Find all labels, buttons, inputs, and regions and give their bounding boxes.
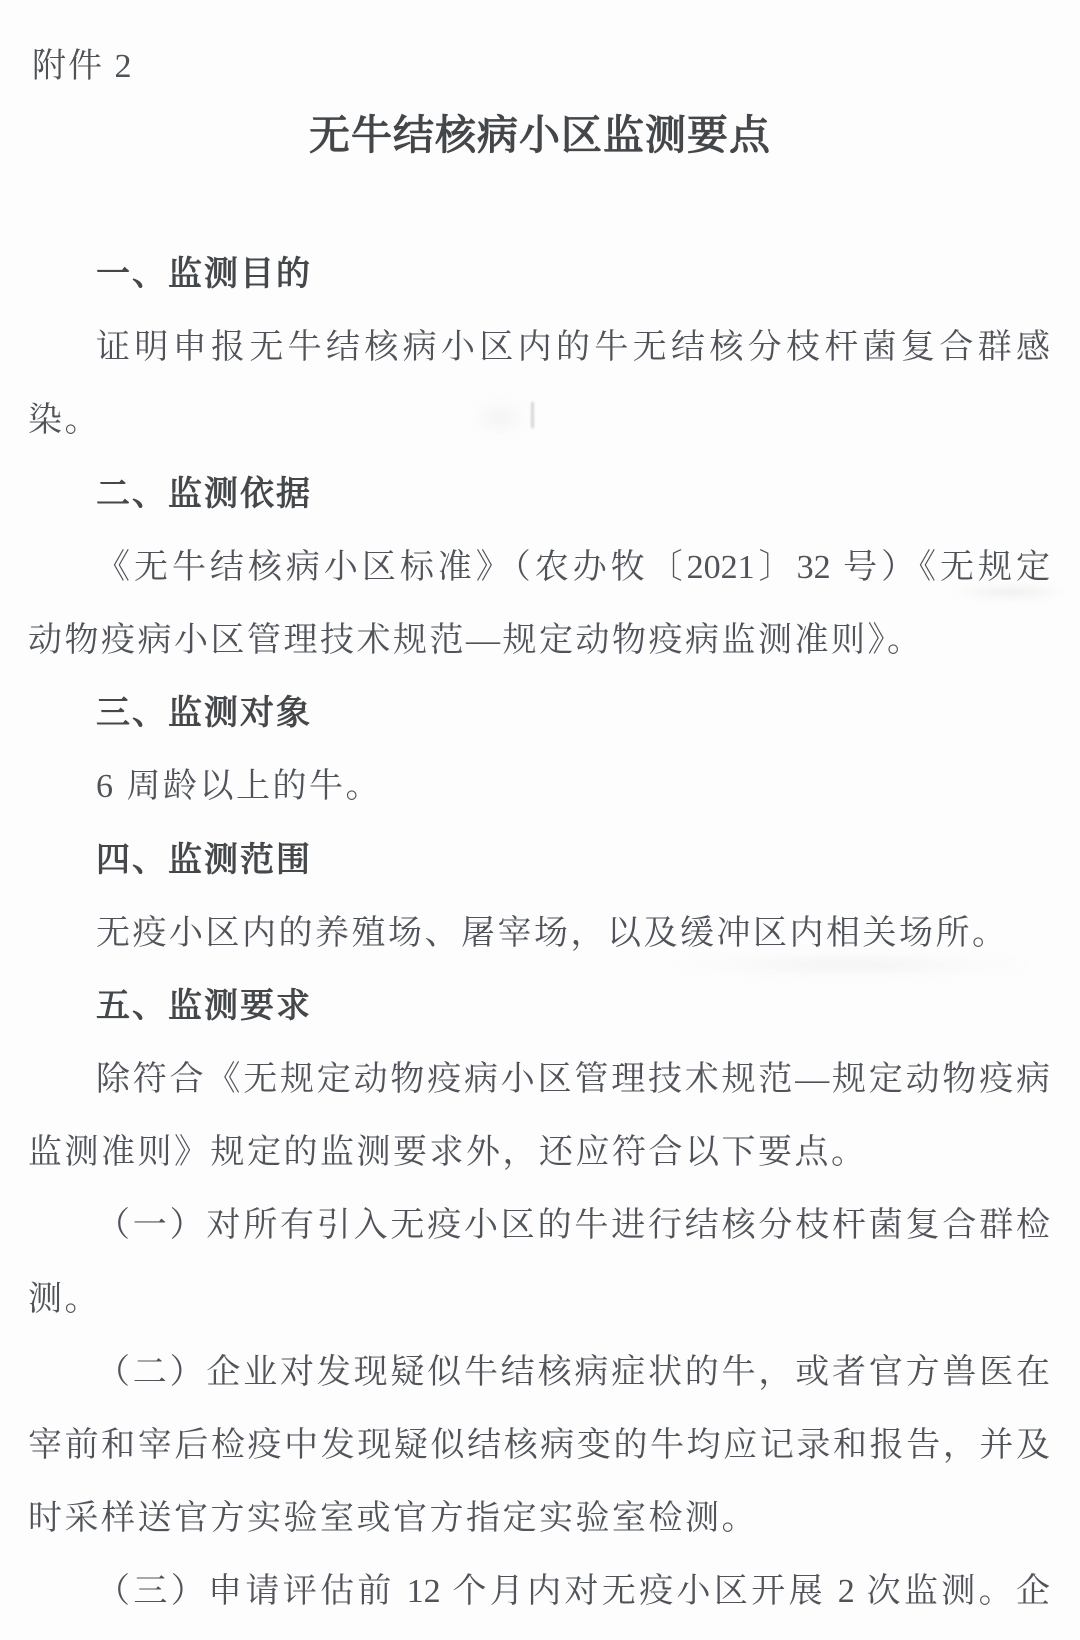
body-line: 测。 (28, 1263, 1050, 1336)
section-heading: 四、监测范围 (28, 824, 1050, 897)
body-line: 无疫小区内的养殖场、屠宰场，以及缓冲区内相关场所。 (28, 897, 1050, 970)
body-line: 动物疫病小区管理技术规范—规定动物疫病监测准则》。 (28, 604, 1050, 677)
body-line: （一）对所有引入无疫小区的牛进行结核分枝杆菌复合群检 (28, 1189, 1050, 1262)
section-heading: 二、监测依据 (28, 458, 1050, 531)
body-line: （三）申请评估前 12 个月内对无疫小区开展 2 次监测。企 (28, 1555, 1050, 1628)
section-heading: 三、监测对象 (28, 677, 1050, 750)
body-line: 《无牛结核病小区标准》（农办牧〔2021〕32 号）《无规定 (28, 531, 1050, 604)
document-body: 一、监测目的证明申报无牛结核病小区内的牛无结核分枝杆菌复合群感染。二、监测依据《… (28, 238, 1050, 1629)
body-line: 6 周龄以上的牛。 (28, 750, 1050, 823)
section-heading: 五、监测要求 (28, 970, 1050, 1043)
body-line: 监测准则》规定的监测要求外，还应符合以下要点。 (28, 1116, 1050, 1189)
body-line: 除符合《无规定动物疫病小区管理技术规范—规定动物疫病 (28, 1043, 1050, 1116)
document-title: 无牛结核病小区监测要点 (0, 102, 1080, 161)
body-line: 染。 (28, 384, 1050, 457)
body-line: （二）企业对发现疑似牛结核病症状的牛，或者官方兽医在 (28, 1336, 1050, 1409)
body-line: 时采样送官方实验室或官方指定实验室检测。 (28, 1482, 1050, 1555)
body-line: 宰前和宰后检疫中发现疑似结核病变的牛均应记录和报告，并及 (28, 1409, 1050, 1482)
body-line: 证明申报无牛结核病小区内的牛无结核分枝杆菌复合群感 (28, 311, 1050, 384)
attachment-label: 附件 2 (32, 38, 134, 87)
section-heading: 一、监测目的 (28, 238, 1050, 311)
document-page: 附件 2 无牛结核病小区监测要点 一、监测目的证明申报无牛结核病小区内的牛无结核… (0, 0, 1080, 1640)
